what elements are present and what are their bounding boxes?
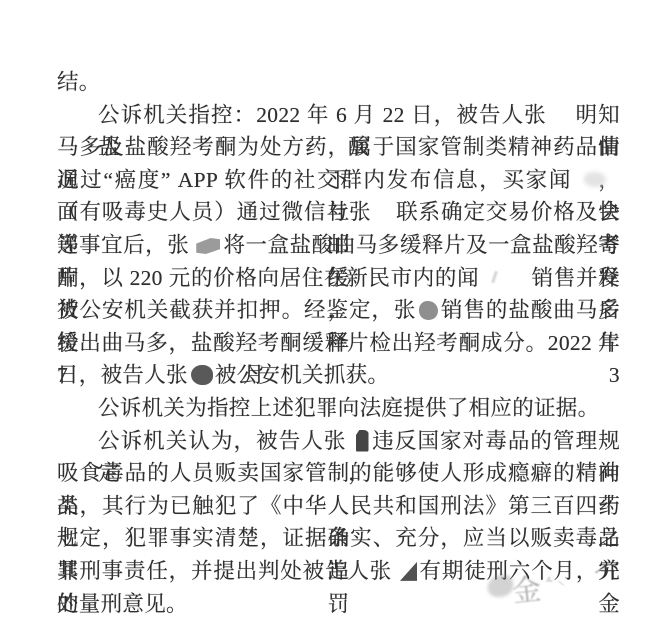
redaction-mark (196, 238, 220, 254)
document-line: 片，以 220 元的价格向居住在新民市内的闻销售并发货，后 (57, 262, 620, 295)
redaction-mark (356, 430, 369, 452)
document-line: 马多及盐酸羟考酮为处方药，属于国家管制类精神药品情况下， (57, 131, 620, 164)
document-line: 公诉机关认为，被告人张违反国家对毒品的管理规定，向 (57, 425, 620, 458)
document-line: 被公安机关截获并扣押。经鉴定，张销售的盐酸曲马多缓释片 (57, 294, 620, 327)
line-text: 面有吸毒史人员）通过微信与张 (57, 200, 371, 224)
document-line: 结。 (57, 66, 620, 99)
redacted-name-gap (547, 105, 575, 125)
line-text: 公诉机关为指控上述犯罪向法庭提供了相应的证据。 (98, 396, 599, 420)
redacted-name-gap (572, 170, 620, 190)
document-line: 检出曲马多，盐酸羟考酮缓释片检出羟考酮成分。2022 年 7 月 3 (57, 327, 620, 360)
document-line: 等事宜后，张将一盒盐酸曲马多缓释片及一盒盐酸羟考酮缓释 (57, 229, 620, 262)
line-text: 日，被告人张 (57, 363, 188, 387)
line-text: 被公安机关截获并扣押。经鉴定，张 (57, 298, 416, 322)
scanned-document-page: 结。 公诉机关指控：2022 年 6 月 22 日，被告人张明知盐酸曲 马多及盐… (0, 0, 660, 629)
document-line: 公诉机关为指控上述犯罪向法庭提供了相应的证据。 (57, 392, 620, 425)
line-text: 的量刑意见。 (57, 592, 188, 616)
document-line: 公诉机关指控：2022 年 6 月 22 日，被告人张明知盐酸曲 (57, 99, 620, 132)
line-text: 被公安机关抓获。 (215, 363, 389, 387)
redacted-name-gap (371, 202, 395, 222)
document-line: 其刑事责任，并提出判处被告人张有期徒刑六个月，并处罚金 (57, 555, 620, 588)
line-text: 结。 (57, 70, 101, 94)
document-text-block: 结。 公诉机关指控：2022 年 6 月 22 日，被告人张明知盐酸曲 马多及盐… (57, 66, 620, 620)
line-text: 公诉机关指控：2022 年 6 月 22 日，被告人张 (98, 103, 547, 127)
document-line: 吸食毒品的人员贩卖国家管制的能够使人形成瘾癖的精神类药 (57, 457, 620, 490)
document-line: 规定，犯罪事实清楚，证据确实、充分，应当以贩卖毒品罪追究 (57, 522, 620, 555)
line-text: 等事宜后，张 (57, 233, 189, 257)
line-text: 公诉机关认为，被告人张 (98, 429, 347, 453)
redaction-mark (400, 562, 417, 581)
redaction-mark (419, 301, 438, 320)
line-text: 通过“癌度” APP 软件的社交群内发布信息，买家闻 (57, 168, 572, 192)
document-line: 通过“癌度” APP 软件的社交群内发布信息，买家闻（社会 (57, 164, 620, 197)
line-text: 片，以 220 元的价格向居住在新民市内的闻 (57, 266, 479, 290)
document-line: 面有吸毒史人员）通过微信与张联系确定交易价格及快递邮寄 (57, 196, 620, 229)
line-text: 其刑事责任，并提出判处被告人张 (57, 559, 392, 583)
redaction-mark (191, 365, 213, 385)
redacted-name-gap (479, 268, 531, 288)
document-line: 品，其行为已触犯了《中华人民共和国刑法》第三百四十七条之 (57, 490, 620, 523)
